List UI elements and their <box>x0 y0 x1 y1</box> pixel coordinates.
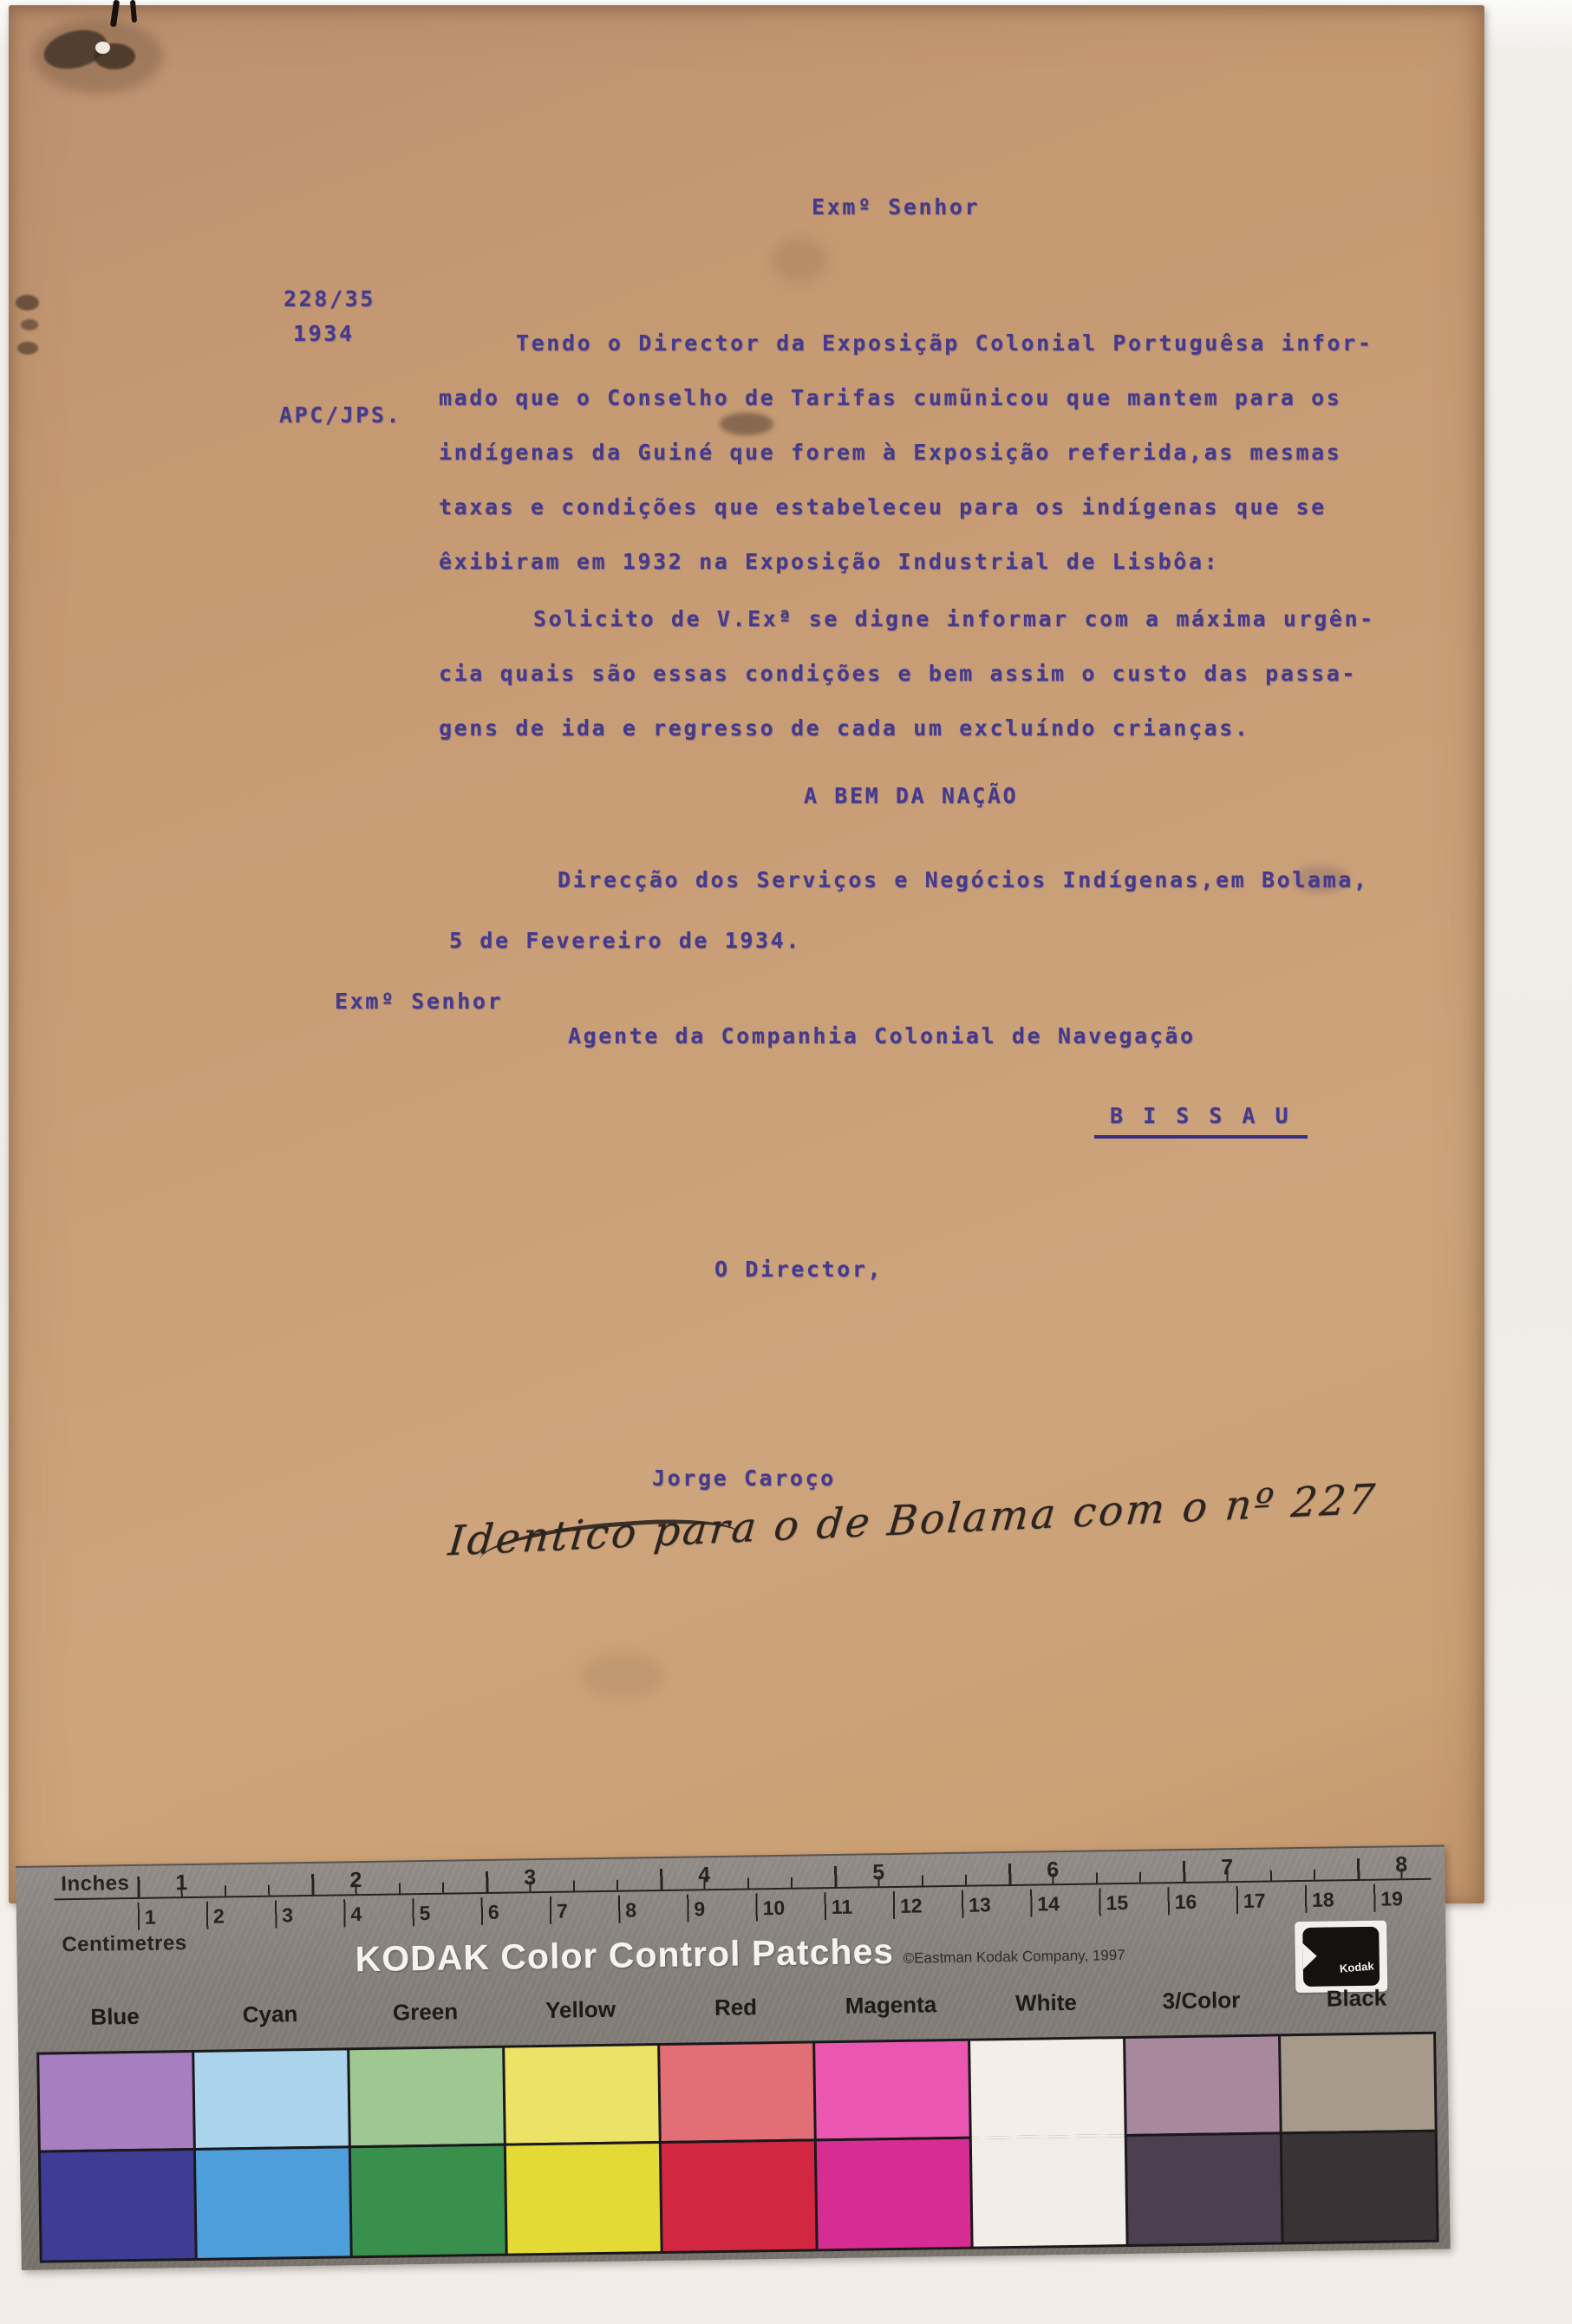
patch-label: Blue <box>90 2003 140 2031</box>
patch-swatch-light <box>970 2039 1125 2137</box>
kodak-color-control-ruler: Inches Centimetres KODAK Color Control P… <box>16 1845 1451 2270</box>
patch-label: Yellow <box>545 1996 616 2024</box>
patch-swatch-light <box>505 2046 659 2144</box>
scanned-letter-page: { "document": { "salutation": "Exmº Senh… <box>0 0 1572 2324</box>
color-patch-grid <box>36 2032 1438 2263</box>
paper-tear <box>21 319 38 330</box>
paper-tear <box>17 342 38 355</box>
patch-column <box>505 2046 660 2254</box>
cm-number: 6 <box>488 1901 499 1924</box>
patch-swatch-light <box>815 2041 969 2139</box>
cm-number: 17 <box>1243 1890 1266 1913</box>
inch-number: 1 <box>175 1870 187 1896</box>
cm-number: 3 <box>282 1903 293 1927</box>
patch-column <box>1125 2036 1281 2244</box>
inch-number: 2 <box>349 1868 362 1893</box>
reference-number: 228/35 <box>284 286 375 311</box>
patch-swatch-saturated <box>972 2137 1126 2247</box>
patch-swatch-light <box>39 2053 193 2151</box>
paper-stain <box>772 238 827 283</box>
closing-title: O Director, <box>714 1257 883 1282</box>
patch-label: White <box>1015 1989 1077 2017</box>
reference-year: 1934 <box>293 321 355 346</box>
patch-swatch-saturated <box>351 2146 506 2256</box>
paper-hole <box>95 42 110 54</box>
body-line: Solicito de V.Exª se digne informar com … <box>533 606 1375 631</box>
patch-label: Red <box>714 1994 758 2021</box>
cm-number: 8 <box>625 1898 636 1922</box>
patch-column <box>970 2039 1125 2247</box>
cm-number: 19 <box>1380 1887 1403 1910</box>
kodak-brand-title: KODAK Color Control Patches <box>355 1931 894 1980</box>
letter-paper-sheet <box>9 5 1484 1903</box>
letter-salutation: Exmº Senhor <box>812 194 980 219</box>
cm-number: 7 <box>557 1900 568 1923</box>
addressee-salutation: Exmº Senhor <box>335 989 503 1014</box>
paper-stain <box>581 1653 664 1700</box>
patch-swatch-light <box>194 2050 349 2148</box>
kodak-copyright: ©Eastman Kodak Company, 1997 <box>903 1947 1125 1968</box>
patch-swatch-saturated <box>1282 2132 1437 2242</box>
inch-number: 6 <box>1047 1857 1059 1883</box>
patch-label: Magenta <box>845 1991 937 2020</box>
patch-swatch-light <box>1125 2036 1280 2134</box>
patch-column <box>194 2050 349 2258</box>
inches-scale-label: Inches <box>61 1871 129 1896</box>
patch-swatch-saturated <box>196 2148 350 2258</box>
patch-swatch-saturated <box>506 2144 661 2254</box>
cm-number: 12 <box>900 1894 923 1917</box>
cm-number: 9 <box>694 1897 705 1921</box>
kodak-logo-k-notch <box>1302 1943 1316 1969</box>
reference-initials: APC/JPS. <box>279 402 401 428</box>
inch-number: 5 <box>872 1860 884 1885</box>
cm-number: 5 <box>419 1902 430 1925</box>
ink-smudge <box>720 413 773 435</box>
inch-number: 7 <box>1221 1855 1233 1880</box>
signature-name: Jorge Caroço <box>652 1466 836 1491</box>
cm-number: 4 <box>350 1903 362 1926</box>
inch-number: 8 <box>1395 1852 1407 1877</box>
date-line: 5 de Fevereiro de 1934. <box>449 928 801 953</box>
cm-number: 2 <box>213 1904 225 1928</box>
addressee-title: Agente da Companhia Colonial de Navegaçã… <box>568 1023 1196 1048</box>
cm-number: 13 <box>969 1893 991 1916</box>
cm-number: 15 <box>1106 1891 1128 1915</box>
patch-swatch-saturated <box>817 2139 971 2249</box>
inch-number: 4 <box>698 1863 710 1888</box>
patch-column <box>660 2043 815 2251</box>
cm-number: 1 <box>145 1906 156 1929</box>
body-line: êxibiram em 1932 na Exposição Industrial… <box>439 549 1219 574</box>
patch-label: Black <box>1327 1985 1387 2013</box>
body-line: taxas e condições que estabeleceu para o… <box>439 494 1327 519</box>
patch-label: Cyan <box>243 2001 298 2028</box>
kodak-logo: Kodak <box>1295 1921 1387 1994</box>
kodak-logo-k-icon: Kodak <box>1302 1927 1380 1987</box>
patch-swatch-light <box>1281 2034 1435 2132</box>
inch-number: 3 <box>524 1865 536 1890</box>
patch-label: Green <box>393 1998 459 2026</box>
patch-swatch-saturated <box>41 2151 195 2261</box>
patch-swatch-light <box>349 2048 504 2146</box>
cm-number: 18 <box>1312 1888 1334 1911</box>
cm-number: 14 <box>1037 1892 1060 1916</box>
body-line: gens de ida e regresso de cada um excluí… <box>439 715 1250 741</box>
patch-column <box>39 2053 194 2261</box>
patch-label: 3/Color <box>1162 1987 1240 2014</box>
body-line: mado que o Conselho de Tarifas cumũnicou… <box>439 385 1341 410</box>
addressee-city: B I S S A U <box>1094 1103 1308 1139</box>
body-line: Tendo o Director da Exposiçãp Colonial P… <box>516 330 1373 356</box>
cm-number: 16 <box>1175 1890 1197 1914</box>
cm-number: 10 <box>762 1896 785 1920</box>
patch-column <box>1281 2034 1436 2242</box>
patch-swatch-saturated <box>662 2141 816 2251</box>
cm-number: 11 <box>832 1896 853 1919</box>
body-line: cia quais são essas condições e bem assi… <box>439 661 1357 686</box>
body-line: indígenas da Guiné que forem à Exposição… <box>439 440 1341 465</box>
kodak-logo-text: Kodak <box>1340 1959 1375 1975</box>
patch-swatch-saturated <box>1127 2134 1282 2244</box>
patch-column <box>815 2041 970 2249</box>
patch-swatch-light <box>660 2043 814 2141</box>
paper-tear <box>16 295 39 310</box>
pen-mark <box>130 0 137 23</box>
patch-column <box>349 2048 505 2256</box>
national-motto: A BEM DA NAÇÃO <box>804 783 1018 808</box>
issuing-office-line: Direcção dos Serviços e Negócios Indígen… <box>558 867 1369 892</box>
centimetres-scale-label: Centimetres <box>62 1931 187 1957</box>
